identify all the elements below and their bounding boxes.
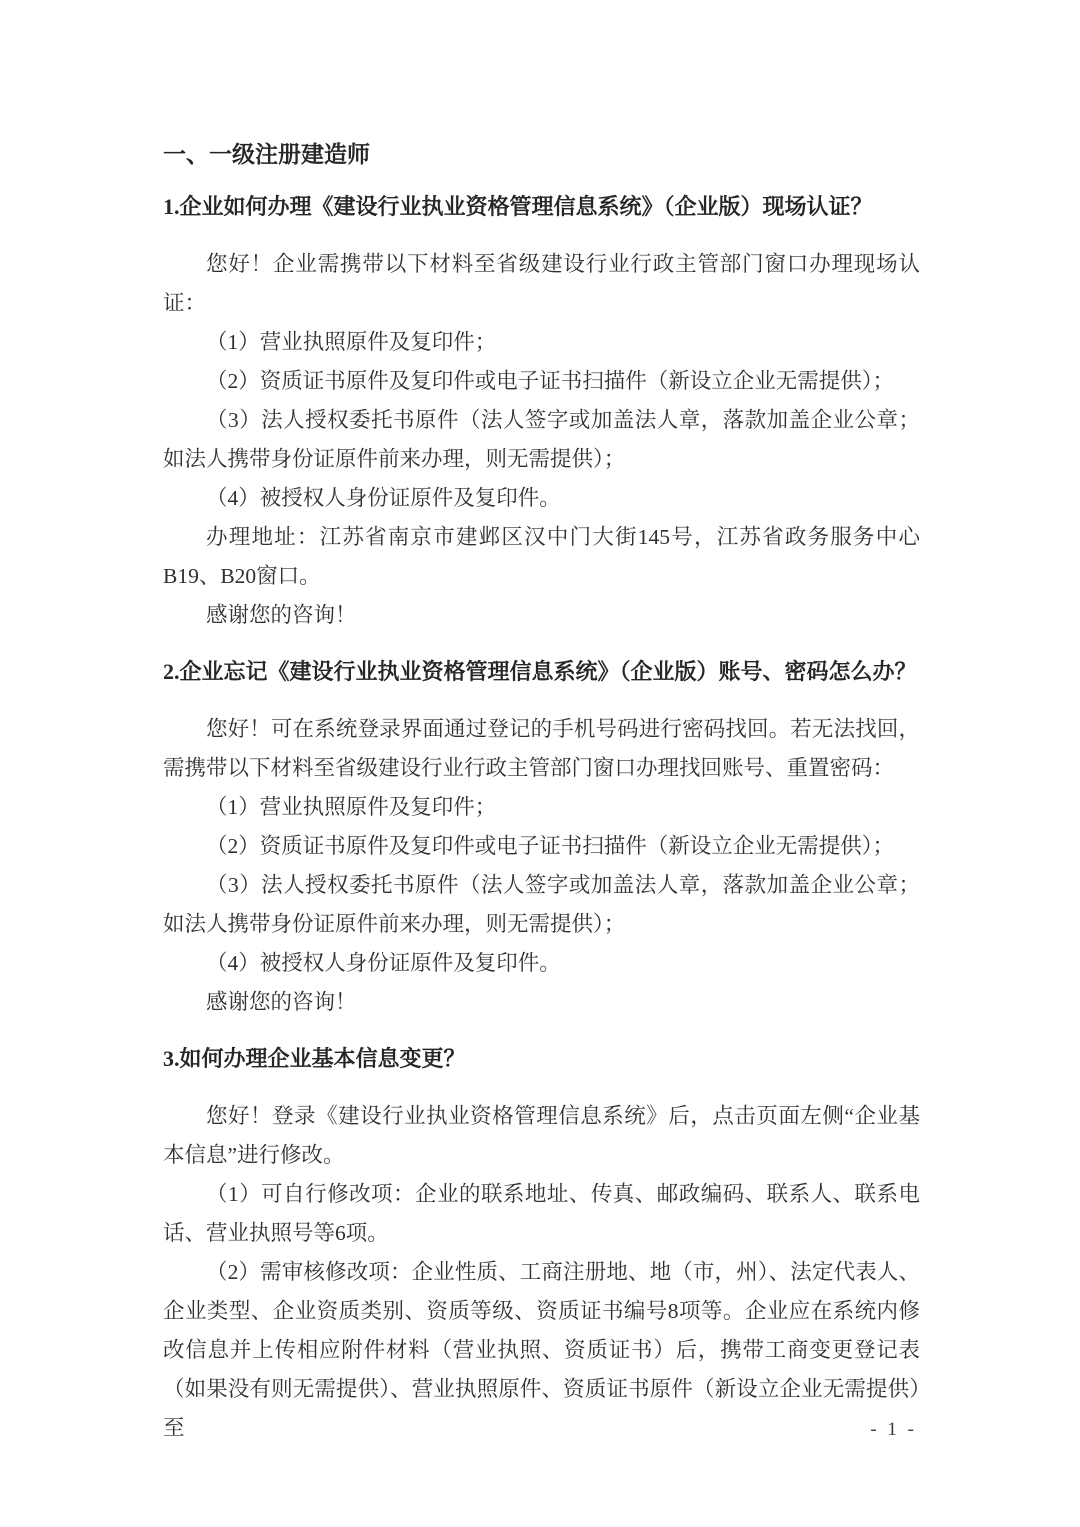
answer-paragraph: 您好！可在系统登录界面通过登记的手机号码进行密码找回。若无法找回，需携带以下材料…: [163, 710, 920, 788]
answer-paragraph: （1）营业执照原件及复印件；: [163, 788, 920, 827]
document-page: 一、一级注册建造师 1.企业如何办理《建设行业执业资格管理信息系统》（企业版）现…: [0, 0, 1080, 1527]
answer-paragraph: （2）资质证书原件及复印件或电子证书扫描件（新设立企业无需提供）；: [163, 362, 920, 401]
answer-paragraph: （2）资质证书原件及复印件或电子证书扫描件（新设立企业无需提供）；: [163, 827, 920, 866]
answer-paragraph: （3）法人授权委托书原件（法人签字或加盖法人章，落款加盖企业公章；如法人携带身份…: [163, 401, 920, 479]
question-3-title: 3.如何办理企业基本信息变更？: [163, 1044, 920, 1074]
answer-paragraph: （4）被授权人身份证原件及复印件。: [163, 944, 920, 983]
answer-paragraph: （1）可自行修改项：企业的联系地址、传真、邮政编码、联系人、联系电话、营业执照号…: [163, 1175, 920, 1253]
qa-block-1: 1.企业如何办理《建设行业执业资格管理信息系统》（企业版）现场认证？ 您好！企业…: [163, 192, 920, 635]
question-2-title: 2.企业忘记《建设行业执业资格管理信息系统》（企业版）账号、密码怎么办？: [163, 657, 920, 687]
answer-paragraph: 感谢您的咨询！: [163, 596, 920, 635]
answer-paragraph: 您好！企业需携带以下材料至省级建设行业行政主管部门窗口办理现场认证：: [163, 245, 920, 323]
answer-paragraph: 感谢您的咨询！: [163, 983, 920, 1022]
answer-paragraph: （4）被授权人身份证原件及复印件。: [163, 479, 920, 518]
answer-paragraph: 您好！登录《建设行业执业资格管理信息系统》后，点击页面左侧“企业基本信息”进行修…: [163, 1097, 920, 1175]
answer-paragraph: （3）法人授权委托书原件（法人签字或加盖法人章，落款加盖企业公章；如法人携带身份…: [163, 866, 920, 944]
page-number: - 1 -: [870, 1419, 917, 1441]
question-1-title: 1.企业如何办理《建设行业执业资格管理信息系统》（企业版）现场认证？: [163, 192, 920, 222]
qa-block-2: 2.企业忘记《建设行业执业资格管理信息系统》（企业版）账号、密码怎么办？ 您好！…: [163, 657, 920, 1022]
section-title: 一、一级注册建造师: [163, 140, 920, 170]
qa-block-3: 3.如何办理企业基本信息变更？ 您好！登录《建设行业执业资格管理信息系统》后，点…: [163, 1044, 920, 1448]
answer-paragraph: （2）需审核修改项：企业性质、工商注册地、地（市，州）、法定代表人、企业类型、企…: [163, 1253, 920, 1448]
answer-paragraph: 办理地址：江苏省南京市建邺区汉中门大街145号，江苏省政务服务中心B19、B20…: [163, 518, 920, 596]
answer-paragraph: （1）营业执照原件及复印件；: [163, 323, 920, 362]
